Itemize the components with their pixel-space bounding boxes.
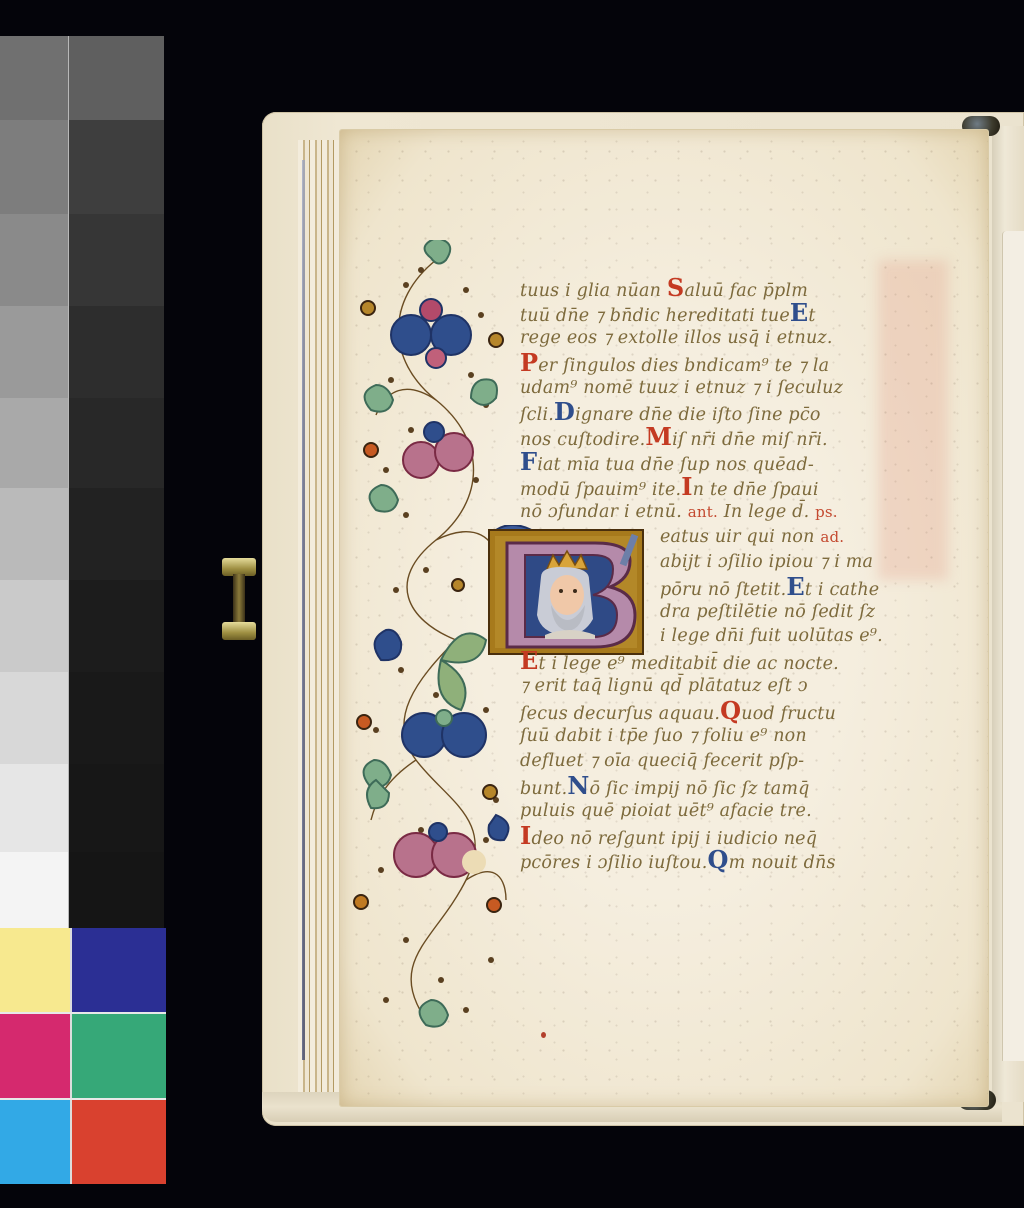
- text-segment: m nouit dn̄s: [729, 853, 836, 873]
- manuscript-line: dra peſtilētie nō ſedit ſz: [520, 600, 950, 625]
- text-segment: ſuū dabit i tp̄e ſuo ⁊ foliu e⁹ non: [520, 726, 807, 746]
- manuscript-line: abijt i ɔſilio ipiou ⁊ i ma: [520, 550, 950, 575]
- color-calibration-chart: [0, 36, 166, 1178]
- gray-patch: [0, 120, 68, 214]
- text-segment: ⁊ erit taq̄ lignū qd̄ plātatuz eſt ↄ: [520, 676, 808, 696]
- text-segment: i lege dn̄i fuit uolūtas e⁹.: [660, 626, 883, 646]
- text-segment: t: [808, 306, 815, 326]
- color-patch: [70, 1100, 166, 1184]
- color-patch: [70, 928, 166, 1012]
- text-segment: nō ɔfundar i etnū.: [520, 502, 688, 522]
- gray-patch: [0, 306, 68, 398]
- gray-patch: [0, 852, 68, 928]
- red-spot: [541, 1032, 546, 1038]
- color-patch-row: [0, 1098, 166, 1184]
- text-segment: tuus i glia nūan: [520, 281, 667, 301]
- color-patch: [0, 928, 70, 1012]
- rubricated-initial: Q: [720, 696, 741, 725]
- rubricated-initial: E: [520, 646, 539, 675]
- manuscript-text-block: tuus i glia nūan Saluū fac p̄plmtuū dn̄e…: [520, 276, 950, 873]
- text-segment: deo nō reſgunt ipij i iudicio neq̄: [531, 829, 817, 849]
- blue-initial: E: [786, 572, 805, 601]
- color-patch-row: [0, 1012, 166, 1098]
- gray-patch: [69, 398, 164, 488]
- gray-patch: [69, 36, 164, 120]
- text-segment: udam⁹ nomē tuuz i etnuz ⁊ i ſeculuz: [520, 378, 843, 398]
- clasp-bar: [233, 574, 245, 624]
- manuscript-line: udam⁹ nomē tuuz i etnuz ⁊ i ſeculuz: [520, 376, 950, 401]
- blue-page-edge: [302, 160, 305, 1060]
- blue-initial: Q: [707, 845, 728, 874]
- blue-initial: D: [554, 397, 575, 426]
- gray-patch: [69, 580, 164, 672]
- text-segment: tuū dn̄e ⁊ bn̄dic hereditati tue: [520, 306, 790, 326]
- gray-patch: [0, 398, 68, 488]
- grayscale-column-dark: [68, 36, 164, 928]
- gray-patch: [0, 214, 68, 306]
- manuscript-line: eatus uir qui non ad.: [520, 525, 950, 550]
- rubric-text: ad.: [820, 528, 844, 546]
- rubric-text: ant.: [688, 503, 718, 521]
- rubricated-initial: I: [520, 821, 531, 850]
- text-segment: abijt i ɔſilio ipiou ⁊ i ma: [660, 552, 873, 572]
- manuscript-line: tuū dn̄e ⁊ bn̄dic hereditati tueEt: [520, 301, 950, 326]
- color-patch-row: [0, 928, 166, 1012]
- text-segment: defluet ⁊ oīa queciq̄ fecerit pſp-: [520, 751, 804, 771]
- right-flap-inner: [1002, 231, 1024, 1061]
- clasp-cap-bottom: [222, 622, 256, 640]
- manuscript-line: ſecus decurſus aquau.Quod fructu: [520, 699, 950, 724]
- manuscript-line: modū ſpauim⁹ ite.In te dn̄e ſpaui: [520, 475, 950, 500]
- text-segment: iat mīa tua dn̄e ſup nos quēad-: [537, 455, 814, 475]
- color-patch: [0, 1100, 70, 1184]
- manuscript-line: bunt.Nō ſic impij nō ſic ſz tamq̄: [520, 774, 950, 799]
- gray-patch: [0, 580, 68, 672]
- text-segment: bunt.: [520, 779, 567, 799]
- gray-patch: [69, 214, 164, 306]
- text-segment: t i cathe: [805, 580, 879, 600]
- text-segment: dra peſtilētie nō ſedit ſz: [660, 602, 875, 622]
- manuscript-line: rege eos ⁊ extolle illos usq̄ i etnuz.: [520, 326, 950, 351]
- text-segment: ignare dn̄e die iſto ſine pc̄o: [575, 405, 821, 425]
- text-segment: pōru nō ſtetit.: [660, 580, 786, 600]
- gray-patch: [0, 488, 68, 580]
- text-segment: In lege d̄.: [718, 502, 815, 522]
- manuscript-line: puluis quē pioiat uēt⁹ afacie tre.: [520, 799, 950, 824]
- text-segment: ſcli.: [520, 405, 554, 425]
- manuscript-line: Et i lege e⁹ meditabit̄ die ac nocte.: [520, 649, 950, 674]
- gray-patch: [69, 764, 164, 852]
- text-segment: ō ſic impij nō ſic ſz tamq̄: [589, 779, 809, 799]
- rubric-text: ps.: [815, 503, 838, 521]
- text-segment: modū ſpauim⁹ ite.: [520, 480, 681, 500]
- manuscript-line: Ideo nō reſgunt ipij i iudicio neq̄: [520, 824, 950, 849]
- manuscript-line: nō ɔfundar i etnū. ant. In lege d̄. ps.: [520, 500, 950, 525]
- gray-patch: [69, 120, 164, 214]
- text-segment: er ſingulos dies bndicam⁹ te ⁊ la: [538, 356, 829, 376]
- manuscript-line: pcōres i ɔſilio iuſtou.Qm nouit dn̄s: [520, 848, 950, 873]
- color-patch: [0, 1014, 70, 1098]
- right-cover-flap: [992, 126, 1024, 1102]
- manuscript-page: tuus i glia nūan Saluū fac p̄plmtuū dn̄e…: [340, 130, 988, 1106]
- gray-patch: [0, 36, 68, 120]
- color-patch: [70, 1014, 166, 1098]
- blue-initial: E: [790, 298, 809, 327]
- gray-patch: [69, 488, 164, 580]
- manuscript-line: tuus i glia nūan Saluū fac p̄plm: [520, 276, 950, 301]
- text-segment: n te dn̄e ſpaui: [693, 480, 819, 500]
- text-segment: uod fructu: [741, 704, 836, 724]
- manuscript-line: i lege dn̄i fuit uolūtas e⁹.: [520, 624, 950, 649]
- manuscript-line: Fiat mīa tua dn̄e ſup nos quēad-: [520, 450, 950, 475]
- page-edges-stack: [298, 140, 342, 1092]
- rubricated-initial: M: [645, 422, 672, 451]
- text-segment: iſ nr̄i dn̄e miſ nr̄i.: [672, 430, 828, 450]
- manuscript-line: ſuū dabit i tp̄e ſuo ⁊ foliu e⁹ non: [520, 724, 950, 749]
- rubricated-initial: P: [520, 348, 538, 377]
- grayscale-column-light: [0, 36, 68, 928]
- text-segment: eatus uir qui non: [660, 527, 820, 547]
- book-clasp: [222, 558, 256, 642]
- gray-patch: [0, 672, 68, 764]
- color-patch-grid: [0, 928, 166, 1184]
- text-segment: nos cuſtodire.: [520, 430, 645, 450]
- text-segment: t i lege e⁹ meditabit̄ die ac nocte.: [539, 654, 839, 674]
- blue-initial: N: [567, 771, 589, 800]
- text-segment: pcōres i ɔſilio iuſtou.: [520, 853, 707, 873]
- rubricated-initial: I: [681, 472, 692, 501]
- manuscript-line: ſcli.Dignare dn̄e die iſto ſine pc̄o: [520, 400, 950, 425]
- manuscript-line: nos cuſtodire.Miſ nr̄i dn̄e miſ nr̄i.: [520, 425, 950, 450]
- gray-patch: [69, 852, 164, 928]
- text-segment: rege eos ⁊ extolle illos usq̄ i etnuz.: [520, 328, 833, 348]
- gray-patch: [69, 306, 164, 398]
- gray-patch: [0, 764, 68, 852]
- gray-patch: [69, 672, 164, 764]
- text-segment: puluis quē pioiat uēt⁹ afacie tre.: [520, 801, 812, 821]
- text-segment: ſecus decurſus aquau.: [520, 704, 720, 724]
- manuscript-line: pōru nō ſtetit.Et i cathe: [520, 575, 950, 600]
- manuscript-line: Per ſingulos dies bndicam⁹ te ⁊ la: [520, 351, 950, 376]
- rubricated-initial: S: [667, 273, 685, 302]
- blue-initial: F: [520, 447, 537, 476]
